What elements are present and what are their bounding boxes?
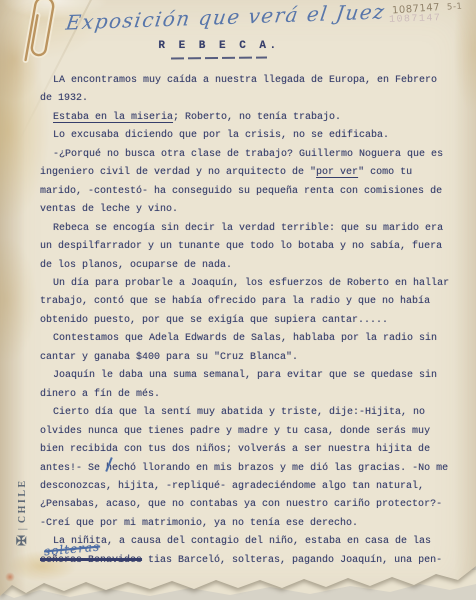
archive-number-stamp: 1087147	[389, 13, 442, 26]
paragraph-text: La niñita, a causa del contagio del niño…	[53, 536, 431, 547]
hand-slashed-letter: h	[106, 460, 112, 478]
paragraph-text: Lo excusaba diciendo que por la crisis, …	[53, 130, 389, 141]
paragraph-text: -Creí que por mi matrimonio, ya no tenía…	[40, 518, 358, 529]
paragraph: -Creí que por mi matrimonio, ya no tenía…	[40, 515, 450, 533]
title-underline-rule	[171, 56, 267, 59]
paragraph: Joaquín le daba una suma semanal, para e…	[40, 367, 450, 404]
paragraph: Estaba en la miseria; Roberto, no tenía …	[40, 109, 450, 127]
paragraph: Un día para probarle a Joaquín, los esfu…	[40, 275, 450, 330]
underlined-phrase: Estaba en la miseria	[53, 112, 173, 123]
paragraph-text: tias Barceló, solteras, pagando Joaquín,…	[142, 555, 442, 566]
scanned-typescript-page: Exposición que verá el Juez 10871475-1 1…	[0, 0, 476, 600]
typed-body: LA encontramos muy caída a nuestra llega…	[40, 72, 450, 570]
paragraph: LA encontramos muy caída a nuestra llega…	[40, 72, 450, 109]
paragraph-text: Un día para probarle a Joaquín, los esfu…	[40, 278, 449, 326]
paragraph: La niñita, a causa del contagio del niño…	[40, 533, 450, 570]
library-stamp-text: CHILE	[17, 478, 28, 523]
paperclip-icon	[10, 0, 69, 73]
paragraph-text: ; Roberto, no tenía trabajo.	[173, 112, 341, 123]
library-stamp-divider: |	[17, 528, 28, 530]
paragraph-text: Rebeca se encogía sin decir la verdad te…	[40, 223, 443, 271]
paragraph: -¿Porqué no busca otra clase de trabajo?…	[40, 146, 450, 220]
paragraph-text: Contestamos que Adela Edwards de Salas, …	[40, 333, 437, 362]
paragraph-text: Joaquín le daba una suma semanal, para e…	[40, 370, 437, 399]
underlined-phrase: por ver	[316, 167, 358, 178]
paragraph: Contestamos que Adela Edwards de Salas, …	[40, 330, 450, 367]
paragraph-text: LA encontramos muy caída a nuestra llega…	[40, 75, 437, 104]
archive-number-suffix: 5-1	[447, 2, 463, 13]
library-stamp-emblem-icon: ✠	[14, 535, 30, 546]
paragraph: Cierto día que la sentí muy abatida y tr…	[40, 404, 450, 515]
paragraph: Rebeca se encogía sin decir la verdad te…	[40, 220, 450, 275]
handwritten-header: Exposición que verá el Juez	[64, 0, 387, 35]
library-stamp: ✠ | CHILE	[13, 460, 31, 546]
correction-group: señoras Benavidessolteras	[40, 552, 142, 570]
document-title: R E B E C A.	[0, 40, 457, 52]
title-row: R E B E C A.	[0, 40, 457, 59]
paragraph: Lo excusaba diciendo que por la crisis, …	[40, 127, 450, 145]
paper-sheet: Exposición que verá el Juez 10871475-1 1…	[0, 0, 476, 600]
